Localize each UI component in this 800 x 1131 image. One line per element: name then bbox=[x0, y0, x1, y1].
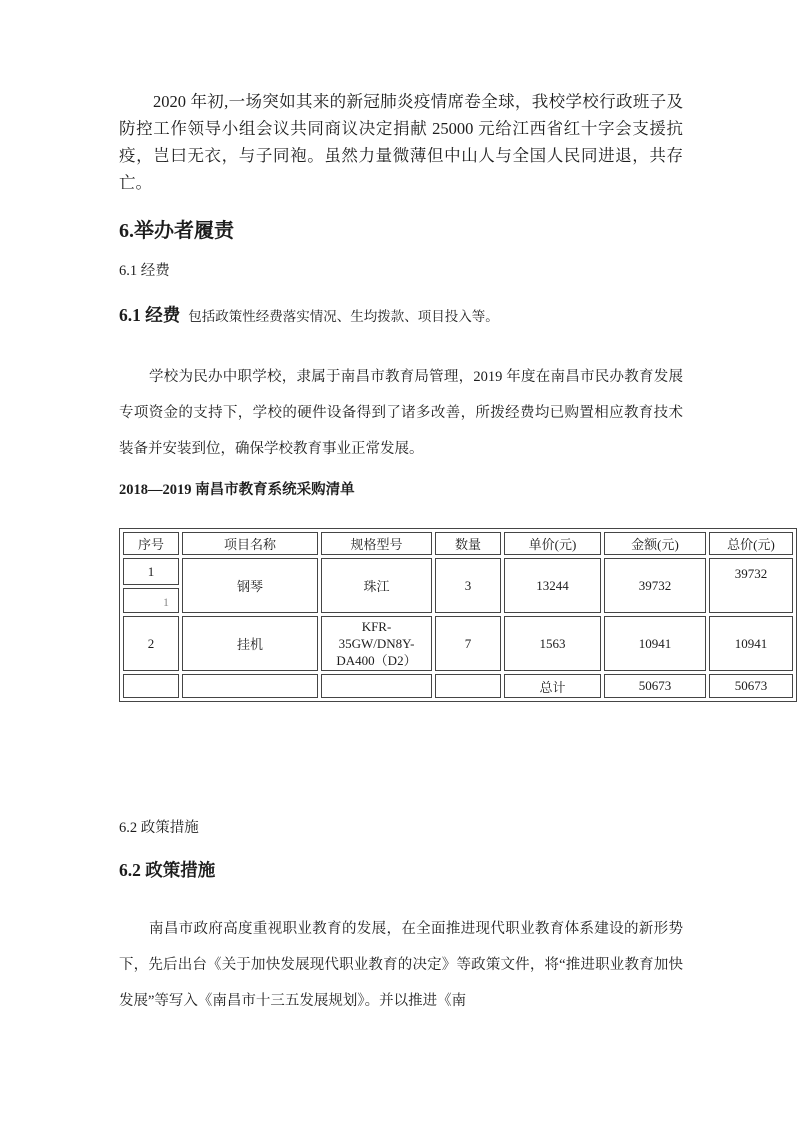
heading-6-2-small: 6.2 政策措施 bbox=[119, 818, 800, 838]
cell-row2-amount: 10941 bbox=[604, 616, 706, 671]
cell-row1-unit-price: 13244 bbox=[504, 558, 601, 613]
cell-row2-quantity: 7 bbox=[435, 616, 501, 671]
cell-total-empty-name bbox=[182, 674, 318, 698]
paragraph-funding: 学校为民办中职学校，隶属于南昌市教育局管理，2019 年度在南昌市民办教育发展专… bbox=[119, 359, 683, 467]
header-cell-item-name: 项目名称 bbox=[182, 532, 318, 555]
header-cell-amount: 金额(元) bbox=[604, 532, 706, 555]
cell-row2-spec: KFR-35GW/DN8Y- DA400（D2） bbox=[321, 616, 432, 671]
cell-row1-item-name: 钢琴 bbox=[182, 558, 318, 613]
table-row-2: 2 挂机 KFR-35GW/DN8Y- DA400（D2） 7 1563 109… bbox=[123, 616, 793, 671]
heading-section-6: 6.举办者履责 bbox=[119, 218, 800, 244]
paragraph-policy: 南昌市政府高度重视职业教育的发展，在全面推进现代职业教育体系建设的新形势下，先后… bbox=[119, 911, 683, 1019]
cell-row1-spec: 珠江 bbox=[321, 558, 432, 613]
cell-row1-index-secondary: 1 bbox=[123, 588, 179, 613]
header-cell-spec: 规格型号 bbox=[321, 532, 432, 555]
paragraph-covid-donation: 2020 年初,一场突如其来的新冠肺炎疫情席卷全球，我校学校行政班子及防控工作领… bbox=[119, 88, 683, 196]
heading-6-1-bold-line: 6.1 经费包括政策性经费落实情况、生均拨款、项目投入等。 bbox=[119, 303, 800, 329]
heading-6-1-small: 6.1 经费 bbox=[119, 261, 800, 281]
cell-total-amount: 50673 bbox=[604, 674, 706, 698]
heading-6-2-big: 6.2 政策措施 bbox=[119, 858, 800, 882]
cell-total-empty-quantity bbox=[435, 674, 501, 698]
cell-total-total-price: 50673 bbox=[709, 674, 793, 698]
page-content: 2020 年初,一场突如其来的新冠肺炎疫情席卷全球，我校学校行政班子及防控工作领… bbox=[0, 0, 800, 1019]
cell-total-label: 总计 bbox=[504, 674, 601, 698]
cell-row2-unit-price: 1563 bbox=[504, 616, 601, 671]
header-cell-index: 序号 bbox=[123, 532, 179, 555]
cell-row2-item-name: 挂机 bbox=[182, 616, 318, 671]
table-header-row: 序号 项目名称 规格型号 数量 单价(元) 金额(元) 总价(元) bbox=[123, 532, 793, 555]
cell-row1-total-price: 39732 bbox=[709, 558, 793, 613]
cell-row1-amount: 39732 bbox=[604, 558, 706, 613]
header-cell-total-price: 总价(元) bbox=[709, 532, 793, 555]
cell-total-empty-spec bbox=[321, 674, 432, 698]
procurement-table: 序号 项目名称 规格型号 数量 单价(元) 金额(元) 总价(元) 1 钢琴 珠… bbox=[119, 528, 797, 702]
cell-row1-quantity: 3 bbox=[435, 558, 501, 613]
cell-row2-index: 2 bbox=[123, 616, 179, 671]
table-row-1-upper: 1 钢琴 珠江 3 13244 39732 39732 bbox=[123, 558, 793, 585]
header-cell-quantity: 数量 bbox=[435, 532, 501, 555]
header-cell-unit-price: 单价(元) bbox=[504, 532, 601, 555]
cell-row2-total-price: 10941 bbox=[709, 616, 793, 671]
table-total-row: 总计 50673 50673 bbox=[123, 674, 793, 698]
cell-row1-index: 1 bbox=[123, 558, 179, 585]
cell-total-empty-index bbox=[123, 674, 179, 698]
document-page: 2020 年初,一场突如其来的新冠肺炎疫情席卷全球，我校学校行政班子及防控工作领… bbox=[0, 0, 800, 1131]
heading-6-1-description: 包括政策性经费落实情况、生均拨款、项目投入等。 bbox=[188, 309, 499, 324]
heading-6-1-bold: 6.1 经费 bbox=[119, 305, 180, 325]
table-caption: 2018—2019 南昌市教育系统采购清单 bbox=[119, 480, 800, 500]
